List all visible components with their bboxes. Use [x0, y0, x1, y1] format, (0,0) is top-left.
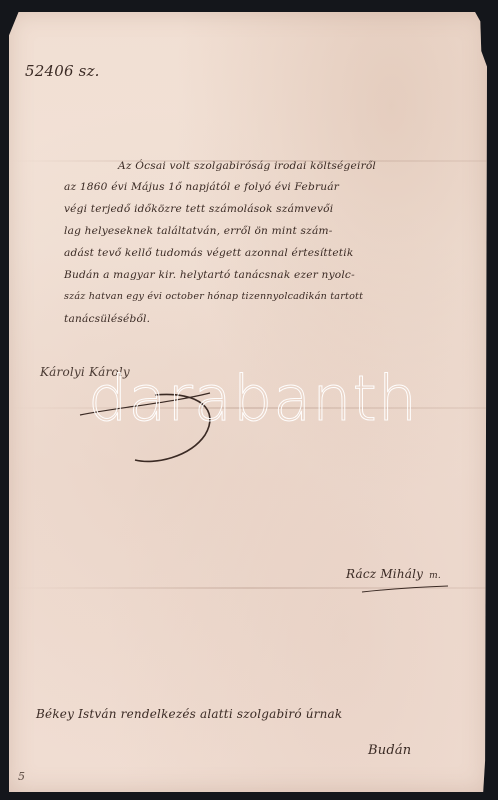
body-line: lag helyeseknek találtatván, erről ön mi… — [64, 225, 333, 237]
body-line: Budán a magyar kir. helytartó tanácsnak … — [64, 269, 355, 281]
reference-number: 52406 sz. — [25, 62, 100, 80]
body-line: az 1860 évi Május 1ő napjától e folyó év… — [64, 181, 339, 193]
addressee-line: Békey István rendelkezés alatti szolgabi… — [36, 707, 342, 721]
scan-background: 52406 sz. Az Ócsai volt szolgabiróság ir… — [0, 0, 498, 800]
place-name: Budán — [368, 743, 411, 758]
body-line: Az Ócsai volt szolgabiróság irodai költs… — [118, 160, 376, 172]
body-line: száz hatvan egy évi october hónap tizenn… — [64, 291, 363, 302]
signature-underline-icon — [360, 584, 450, 596]
body-line: tanácsüléséből. — [64, 313, 150, 325]
signature-name: Rácz Mihály — [346, 567, 423, 581]
body-line: végi terjedő időközre tett számolások sz… — [64, 203, 333, 215]
signature: Rácz Mihály m. — [346, 567, 441, 581]
body-line: adást tevő kellő tudomás végett azonnal … — [64, 247, 353, 259]
flourish-stroke-icon — [60, 385, 230, 470]
closing-note: Károlyi Károly — [40, 365, 130, 379]
corner-mark: 5 — [18, 770, 25, 783]
signature-suffix: m. — [429, 571, 441, 581]
